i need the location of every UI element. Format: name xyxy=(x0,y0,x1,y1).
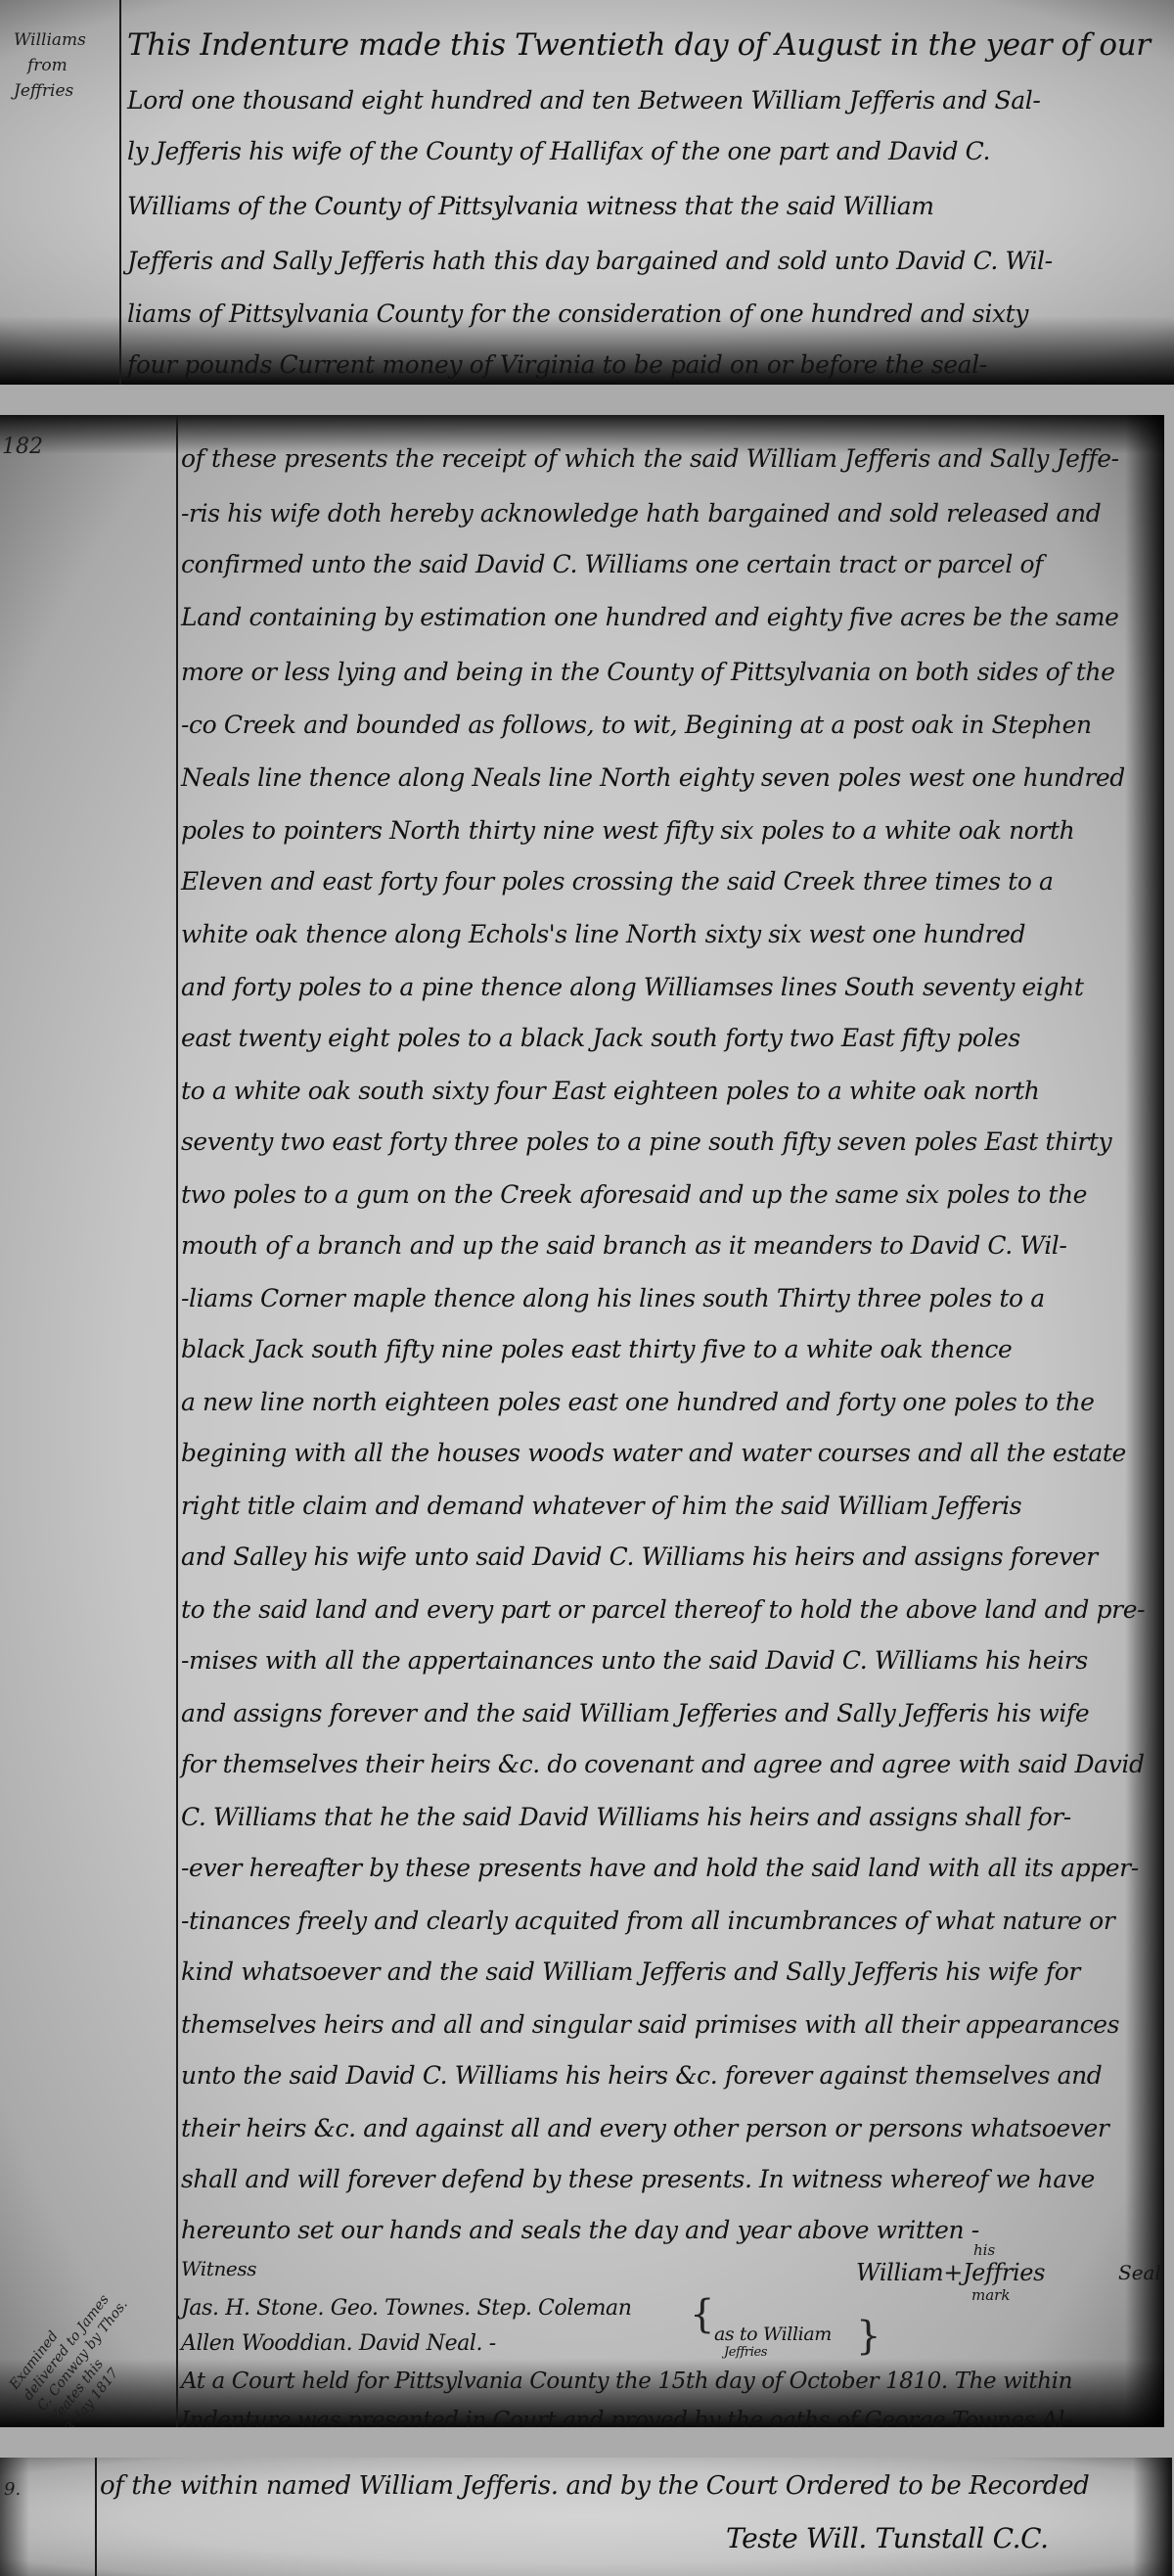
margin-rule xyxy=(95,2458,97,2576)
text-line: shall and will forever defend by these p… xyxy=(181,2165,1095,2193)
witness-brace: { xyxy=(690,2292,714,2337)
text-line: begining with all the houses woods water… xyxy=(181,1439,1126,1467)
text-line: -tinances freely and clearly acquited fr… xyxy=(181,1907,1114,1935)
witness-brace-note: as to William xyxy=(714,2323,832,2345)
seal-label: Seal xyxy=(1118,2261,1161,2284)
signature-surname: Jeffries xyxy=(963,2259,1045,2286)
signature-mark-cross: + xyxy=(943,2259,963,2286)
text-line: kind whatsoever and the said William Jef… xyxy=(181,1957,1080,1986)
text-line: hereunto set our hands and seals the day… xyxy=(181,2216,979,2244)
text-line: four pounds Current money of Virginia to… xyxy=(127,350,987,379)
signature-mark-label: mark xyxy=(971,2286,1010,2304)
text-line: Williams of the County of Pittsylvania w… xyxy=(127,192,934,220)
deed-body-text: This Indenture made this Twentieth day o… xyxy=(127,0,1164,385)
page-number: 182 xyxy=(2,435,43,459)
text-line: themselves heirs and all and singular sa… xyxy=(181,2010,1119,2039)
margin-rule xyxy=(119,0,121,385)
text-line: white oak thence along Echols's line Nor… xyxy=(181,920,1025,948)
text-line: Jefferis and Sally Jefferis hath this da… xyxy=(127,247,1053,275)
margin-note-index: Williams from Jeffries xyxy=(14,27,86,104)
text-line: ly Jefferis his wife of the County of Ha… xyxy=(127,137,990,165)
text-line: and assigns forever and the said William… xyxy=(181,1699,1089,1727)
witness-names-line-2: Allen Wooddian. David Neal. - xyxy=(181,2331,496,2356)
deed-page-top: Williams from Jeffries This Indenture ma… xyxy=(0,0,1174,385)
text-line: mouth of a branch and up the said branch… xyxy=(181,1231,1066,1260)
text-line: Land containing by estimation one hundre… xyxy=(181,603,1119,631)
deed-page-182: 182 Examined delivered to James C. Conwa… xyxy=(0,415,1164,2427)
text-line: Neals line thence along Neals line North… xyxy=(181,763,1125,792)
text-line: their heirs &c. and against all and ever… xyxy=(181,2114,1108,2142)
text-line: seventy two east forty three poles to a … xyxy=(181,1127,1111,1156)
signature-block: his William+Jeffries mark Seal xyxy=(856,2241,1164,2310)
text-line: and forty poles to a pine thence along W… xyxy=(181,973,1083,1001)
margin-note-line: Williams xyxy=(14,27,86,53)
signature-first-name: William xyxy=(856,2259,943,2286)
signature-name: William+Jeffries xyxy=(856,2259,1045,2286)
text-line: -liams Corner maple thence along his lin… xyxy=(181,1284,1045,1312)
text-line: right title claim and demand whatever of… xyxy=(181,1492,1021,1520)
text-line: more or less lying and being in the Coun… xyxy=(181,658,1115,686)
text-line: unto the said David C. Williams his heir… xyxy=(181,2061,1102,2090)
text-line: of these presents the receipt of which t… xyxy=(181,444,1119,473)
clerk-attestation: Teste Will. Tunstall C.C. xyxy=(726,2522,1049,2554)
text-line: poles to pointers North thirty nine west… xyxy=(181,816,1074,845)
page-shadow xyxy=(0,2458,29,2576)
signature-his: his xyxy=(973,2241,995,2259)
text-line: -mises with all the appertainances unto … xyxy=(181,1646,1088,1675)
text-line: This Indenture made this Twentieth day o… xyxy=(127,27,1151,63)
text-line: to the said land and every part or parce… xyxy=(181,1595,1145,1624)
text-line: for themselves their heirs &c. do covena… xyxy=(181,1750,1145,1778)
text-line: confirmed unto the said David C. William… xyxy=(181,550,1043,578)
margin-note-line: Jeffries xyxy=(14,78,86,104)
text-line: of the within named William Jefferis. an… xyxy=(100,2471,1089,2501)
text-line: east twenty eight poles to a black Jack … xyxy=(181,1024,1020,1052)
text-line: -ever hereafter by these presents have a… xyxy=(181,1854,1139,1882)
court-record-line: Indenture was presented in Court and pro… xyxy=(181,2408,1071,2427)
text-line: black Jack south fifty nine poles east t… xyxy=(181,1335,1012,1363)
deed-body-text: of the within named William Jefferis. an… xyxy=(100,2458,1164,2576)
witness-heading: Witness xyxy=(181,2257,256,2280)
text-line: liams of Pittsylvania County for the con… xyxy=(127,299,1028,328)
deed-body-text: of these presents the receipt of which t… xyxy=(181,415,1156,2427)
text-line: a new line north eighteen poles east one… xyxy=(181,1388,1095,1416)
text-line: and Salley his wife unto said David C. W… xyxy=(181,1542,1098,1571)
text-line: Lord one thousand eight hundred and ten … xyxy=(127,86,1040,115)
margin-rule xyxy=(176,415,178,2427)
text-line: two poles to a gum on the Creek aforesai… xyxy=(181,1180,1087,1209)
deed-page-continuation: 9. of the within named William Jefferis.… xyxy=(0,2458,1172,2576)
court-record-line: At a Court held for Pittsylvania County … xyxy=(181,2369,1072,2394)
text-line: to a white oak south sixty four East eig… xyxy=(181,1077,1040,1105)
text-line: -ris his wife doth hereby acknowledge ha… xyxy=(181,499,1101,528)
text-line: C. Williams that he the said David Willi… xyxy=(181,1803,1071,1831)
witness-brace-note-2: Jeffries xyxy=(724,2345,767,2360)
margin-fragment: 9. xyxy=(4,2479,21,2500)
witness-names-line-1: Jas. H. Stone. Geo. Townes. Step. Colema… xyxy=(181,2296,632,2321)
margin-note-line: from xyxy=(14,53,86,78)
text-line: -co Creek and bounded as follows, to wit… xyxy=(181,711,1092,739)
text-line: Eleven and east forty four poles crossin… xyxy=(181,867,1054,896)
witness-brace-close: } xyxy=(856,2314,880,2359)
